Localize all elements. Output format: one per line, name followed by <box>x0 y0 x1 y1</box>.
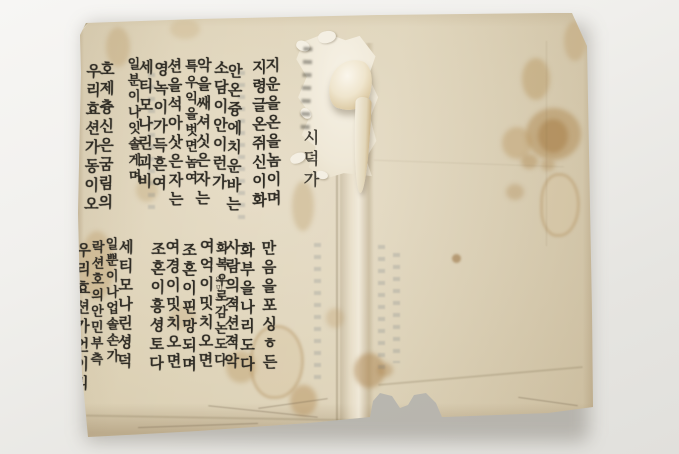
wrinkle-line <box>518 397 578 406</box>
verse-column: 우리효션가동이오 <box>84 63 101 215</box>
corner-fold <box>78 17 94 35</box>
verse-column: 만음을포싱ㅎ든 <box>261 240 276 373</box>
crease-line <box>378 366 582 386</box>
crease-line <box>86 415 366 422</box>
bleed-through-text <box>378 245 385 375</box>
stain <box>538 119 568 153</box>
bleed-through-text <box>314 243 321 383</box>
wrinkle-line <box>138 423 258 428</box>
stain <box>521 154 538 169</box>
verse-column: 우리효션가언이리 <box>74 242 91 394</box>
stain <box>452 254 461 263</box>
verse-column: 여억이밋치오면 <box>198 238 214 371</box>
verse-column: 조혼이흥셩토다 <box>149 241 165 374</box>
verse-column: 세티모나린셩덕 <box>117 239 133 372</box>
verse-column: 일분이나잇솔게며 <box>124 57 139 185</box>
photo-of-manuscript: 시덕가 지운을온을놈이며 지령글온쥐신이화 안온즁에치운바는 소담이안이런가 악… <box>0 0 679 454</box>
verse-column: 소담이안이런가 <box>212 60 228 193</box>
title-column: 시덕가 <box>299 129 322 192</box>
verse-column: 악을쌔셔싯은자는 <box>195 57 211 209</box>
verse-column: 화부을나리도다 <box>240 242 254 375</box>
stain <box>326 308 344 328</box>
verse-column: 조혼이핀망되며 <box>182 242 196 375</box>
interlinear-note: 에민은 <box>214 275 225 302</box>
manuscript-paper: 시덕가 지운을온을놈이며 지령글온쥐신이화 안온즁에치운바는 소담이안이런가 악… <box>78 13 593 437</box>
verse-column: 일뿐이나업솔손가 <box>102 237 117 365</box>
verse-column: 지령글온쥐신이화 <box>252 59 266 211</box>
stain <box>170 19 200 39</box>
fold-crease-line <box>336 153 338 423</box>
verse-column: 여경이밋치오면 <box>165 239 180 372</box>
stain <box>506 184 524 200</box>
bleed-through-text <box>393 253 400 363</box>
crease-line <box>546 41 547 246</box>
